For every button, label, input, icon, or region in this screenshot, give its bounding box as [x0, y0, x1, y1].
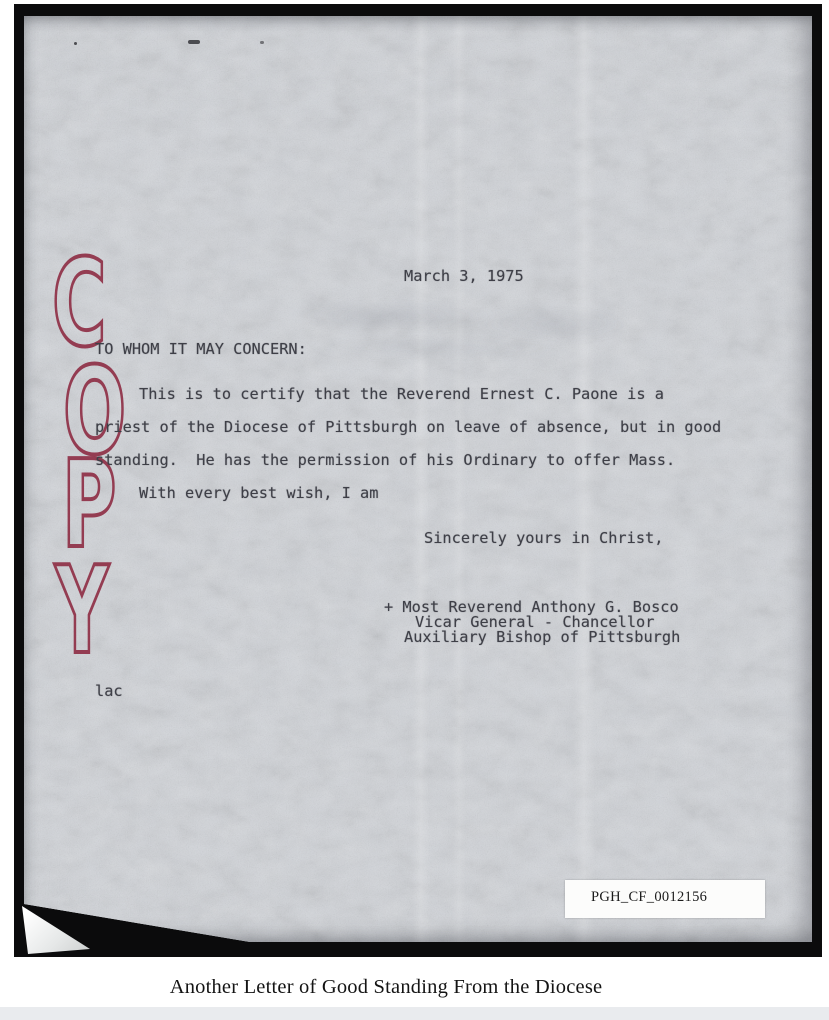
letter-body-line: standing. He has the permission of his O…	[95, 452, 675, 469]
paper-speck	[260, 41, 264, 44]
letter-valediction: Sincerely yours in Christ,	[424, 530, 663, 547]
letter-body-line: priest of the Diocese of Pittsburgh on l…	[95, 419, 721, 436]
document-id-box: PGH_CF_0012156	[565, 880, 765, 918]
document-id: PGH_CF_0012156	[565, 880, 765, 906]
paper-speck	[74, 42, 77, 45]
signature-line: Auxiliary Bishop of Pittsburgh	[404, 629, 680, 646]
copy-stamp-letter-y: Y	[54, 540, 110, 681]
bottom-strip	[0, 1007, 829, 1020]
letter-salutation: TO WHOM IT MAY CONCERN:	[95, 341, 307, 358]
letter-body-line: This is to certify that the Reverend Ern…	[139, 386, 664, 403]
paper-speck	[188, 40, 200, 44]
scanned-letter-page: C O P Y March 3, 1975 TO WHOM IT MAY CON…	[0, 0, 829, 1020]
letter-date: March 3, 1975	[404, 268, 524, 285]
typist-initials: lac	[95, 683, 123, 700]
caption: Another Letter of Good Standing From the…	[0, 976, 772, 999]
letter-closing-line: With every best wish, I am	[139, 485, 378, 502]
